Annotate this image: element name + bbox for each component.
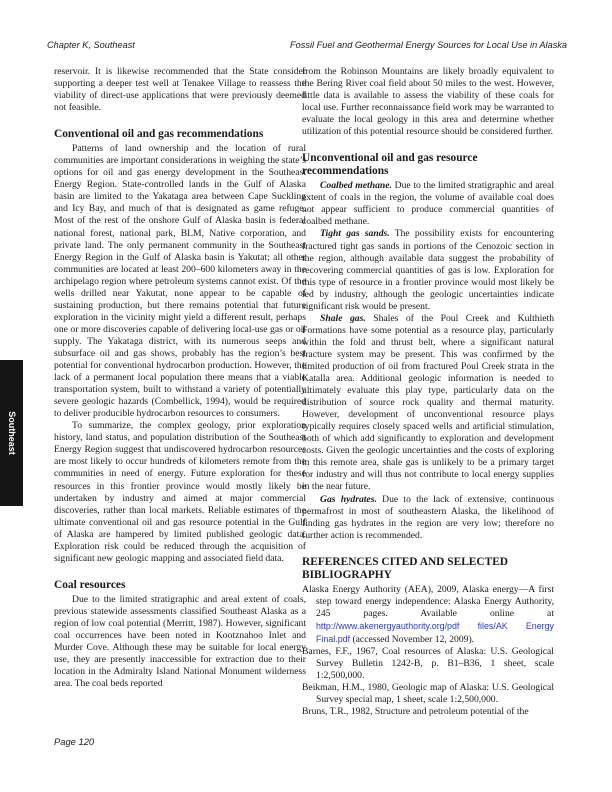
section-side-tab: Southeast xyxy=(0,360,23,506)
paragraph-coalbed-methane: Coalbed methane. Due to the limited stra… xyxy=(302,180,554,228)
paragraph-tight-gas: Tight gas sands. The possibility exists … xyxy=(302,228,554,312)
lead-shale-gas: Shale gas. xyxy=(320,313,366,324)
running-head-chapter: Chapter K, Southeast xyxy=(47,40,135,50)
lead-tight-gas: Tight gas sands. xyxy=(320,228,390,239)
running-head-title: Fossil Fuel and Geothermal Energy Source… xyxy=(229,40,567,50)
paragraph-conventional-2: To summarize, the complex geology, prior… xyxy=(54,420,306,565)
paragraph-coal-1: Due to the limited stratigraphic and are… xyxy=(54,594,306,690)
heading-references: REFERENCES CITED AND SELECTED BIBLIOGRAP… xyxy=(302,556,554,582)
lead-coalbed-methane: Coalbed methane. xyxy=(320,180,392,191)
paragraph-intro: reservoir. It is likewise recommended th… xyxy=(54,66,306,114)
side-tab-label: Southeast xyxy=(7,411,17,455)
heading-coal: Coal resources xyxy=(54,579,306,592)
page-number: Page 120 xyxy=(54,736,94,747)
heading-conventional: Conventional oil and gas recommendations xyxy=(54,128,306,141)
paragraph-conventional-1: Patterns of land ownership and the locat… xyxy=(54,143,306,420)
heading-unconventional: Unconventional oil and gas resource reco… xyxy=(302,152,554,178)
right-column: from the Robinson Mountains are likely b… xyxy=(302,66,554,718)
reference-aea-2009: Alaska Energy Authority (AEA), 2009, Ala… xyxy=(302,584,554,646)
paragraph-gas-hydrates: Gas hydrates. Due to the lack of extensi… xyxy=(302,494,554,542)
paragraph-coal-continued: from the Robinson Mountains are likely b… xyxy=(302,66,554,138)
left-column: reservoir. It is likewise recommended th… xyxy=(54,66,306,690)
reference-bruns-1982: Bruns, T.R., 1982, Structure and petrole… xyxy=(302,706,554,718)
paragraph-shale-gas: Shale gas. Shales of the Poul Creek and … xyxy=(302,313,554,494)
reference-barnes-1967: Barnes, F.F., 1967, Coal resources of Al… xyxy=(302,646,554,682)
reference-beikman-1980: Beikman, H.M., 1980, Geologic map of Ala… xyxy=(302,682,554,706)
lead-gas-hydrates: Gas hydrates. xyxy=(320,494,377,505)
